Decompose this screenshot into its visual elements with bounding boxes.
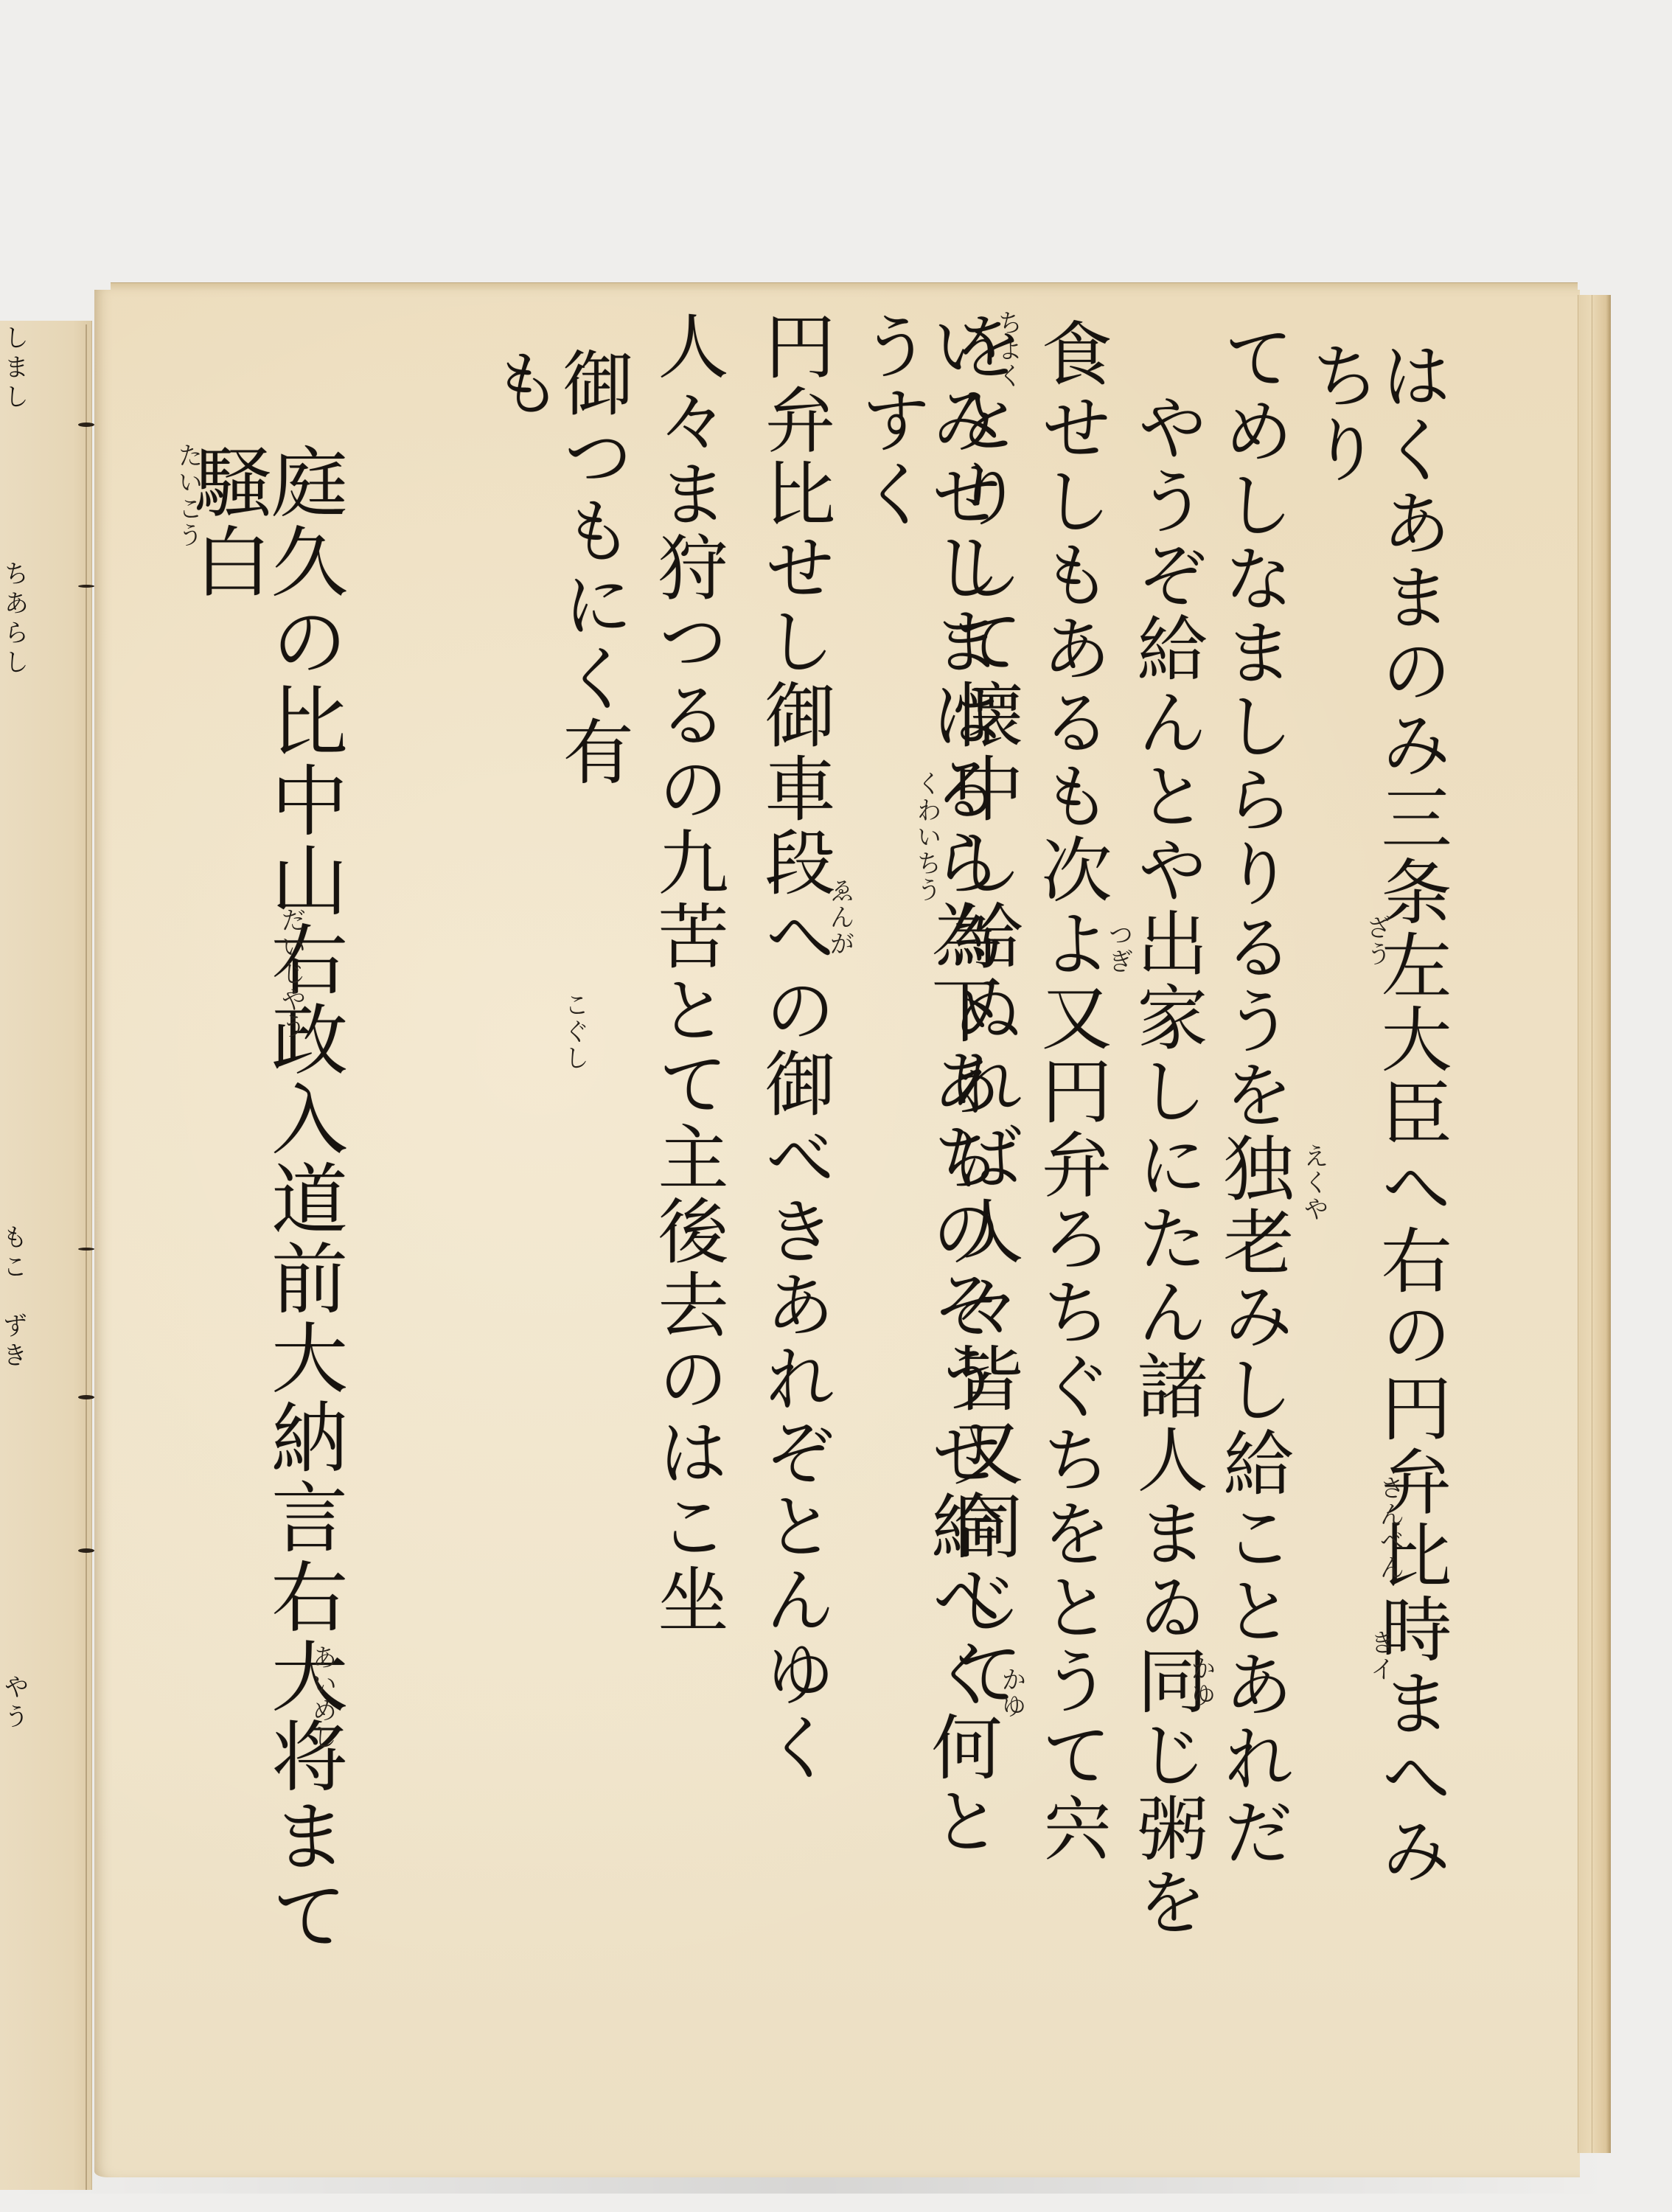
binding-hole-icon <box>78 422 94 427</box>
ruby-annotation: たいこう <box>175 442 201 549</box>
text-column-4: 食せしもあるも次よ又円弁ろちぐちをとうて宍 <box>1036 317 1107 1954</box>
ruby-annotation: かゆ <box>1188 1655 1213 1708</box>
ruby-annotation: あいめし <box>310 1644 335 1750</box>
ruby-annotation: こぐし <box>562 992 587 1071</box>
text-column-2: てめしなましらりるうを独老みし給ことあれだ <box>1218 321 1289 1943</box>
ruby-annotation: だいじやう <box>279 907 304 1040</box>
left-page-column: ちあらし <box>3 560 32 678</box>
ruby-annotation: つぎ <box>1106 922 1131 975</box>
ruby-annotation: かゆ <box>999 1666 1024 1719</box>
text-column-8: 人々ま狩つるの九苦とて主後去のはこ坐 <box>652 310 723 1961</box>
text-column-6: いみせしまはるら為下あちのそうせ給へく何とうすく <box>855 310 997 1917</box>
ruby-annotation: さんべん <box>1377 1475 1402 1581</box>
text-column-1: はくあまのみ三条左大臣へ右の円弁比時まへみちり <box>1305 339 1446 1924</box>
ruby-annotation: えくや <box>1301 1143 1326 1222</box>
binding-hole-icon <box>78 1395 94 1399</box>
left-page-column: やう <box>3 1674 32 1733</box>
text-column-10: 庭久の比中山右政入道前大納言右大将まて騒白 <box>188 442 341 2013</box>
text-column-9: 御つもにく有も <box>487 347 628 811</box>
left-page-column: もこ ずき <box>1 1224 31 1371</box>
ruby-annotation: きイ <box>1368 1630 1393 1683</box>
binding-hole-icon <box>78 585 94 588</box>
text-column-7: 円弁比せし御車段への御べきあれぞとんゆく <box>759 310 830 1954</box>
left-page-column: しまし <box>3 324 32 413</box>
binding-hole-icon <box>78 1548 94 1553</box>
ruby-annotation: ざう <box>1364 914 1389 967</box>
book-gutter <box>86 324 87 2190</box>
binding-hole-icon <box>78 1248 94 1251</box>
page-fore-edge <box>1578 295 1611 2153</box>
